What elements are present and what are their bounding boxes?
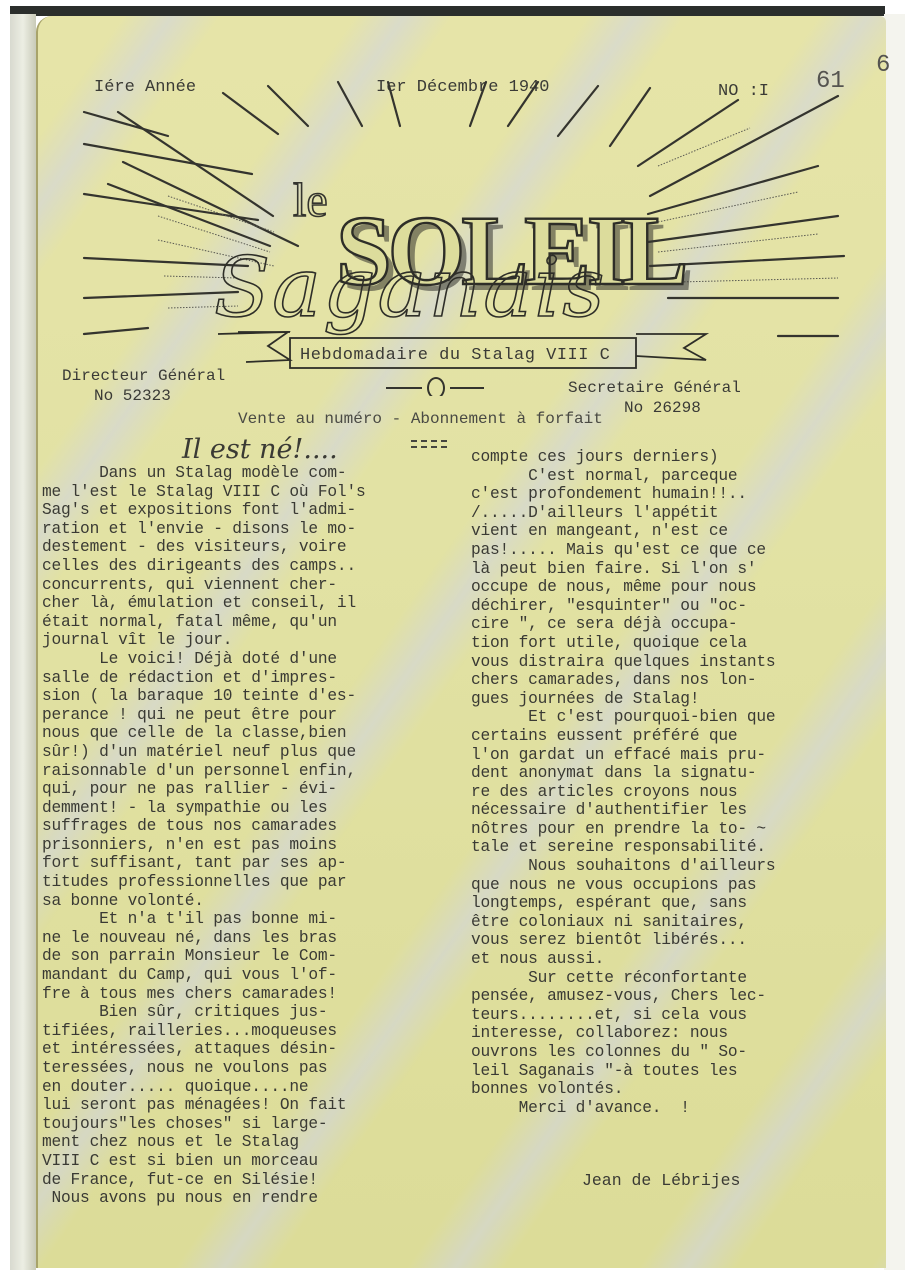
article-line: bonnes volontés. bbox=[471, 1080, 861, 1099]
article-line: vient en mangeant, n'est ce bbox=[471, 522, 861, 541]
article-line: titudes professionnelles que par bbox=[42, 873, 432, 892]
article-line: et intéressées, attaques désin- bbox=[42, 1040, 432, 1059]
newspaper-page: Iére Année Ier Décembre 1940 NO :I 61 bbox=[36, 16, 886, 1268]
article-line: suffrages de tous nos camarades bbox=[42, 817, 432, 836]
article-line: sa bonne volonté. bbox=[42, 892, 432, 911]
article-line: longtemps, espérant que, sans bbox=[471, 894, 861, 913]
article-line: prisonniers, n'en est pas moins bbox=[42, 836, 432, 855]
article-line: en douter..... quoique....ne bbox=[42, 1078, 432, 1097]
secretary-role: Secretaire Général bbox=[568, 378, 741, 398]
article-line: dent anonymat dans la signatu- bbox=[471, 764, 861, 783]
article-line: salle de rédaction et d'impres- bbox=[42, 669, 432, 688]
svg-text:Saganais: Saganais bbox=[214, 241, 606, 336]
article-line: ration et l'envie - disons le mo- bbox=[42, 520, 432, 539]
masthead-sunburst: le SOLEIL SOLEIL Saganais bbox=[38, 16, 886, 396]
article-line: Dans un Stalag modèle com- bbox=[42, 464, 432, 483]
article-line: C'est normal, parceque bbox=[471, 467, 861, 486]
title-separator bbox=[411, 440, 447, 448]
article-line: sûr!) d'un matériel neuf plus que bbox=[42, 743, 432, 762]
article-line: Bien sûr, critiques jus- bbox=[42, 1003, 432, 1022]
article-line: vous distraira quelques instants bbox=[471, 653, 861, 672]
archive-page-number-edge: 6 bbox=[876, 52, 890, 79]
article-line: nécessaire d'authentifier les bbox=[471, 801, 861, 820]
article-line: Merci d'avance. ! bbox=[471, 1099, 861, 1118]
article-line: nôtres pour en prendre la to- ~ bbox=[471, 820, 861, 839]
article-line: était normal, fatal même, qu'un bbox=[42, 613, 432, 632]
article-line: concurrents, qui viennent cher- bbox=[42, 576, 432, 595]
article-line: VIII C est si bien un morceau bbox=[42, 1152, 432, 1171]
article-line: Et n'a t'il pas bonne mi- bbox=[42, 910, 432, 929]
article-line: re des articles croyons nous bbox=[471, 783, 861, 802]
article-line: Sur cette réconfortante bbox=[471, 969, 861, 988]
article-line: pensée, amusez-vous, Chers lec- bbox=[471, 987, 861, 1006]
article-line: que nous ne vous occupions pas bbox=[471, 876, 861, 895]
director-role: Directeur Général bbox=[62, 366, 225, 386]
article-line: de son parrain Monsieur le Com- bbox=[42, 947, 432, 966]
article-line: teurs........et, si cela vous bbox=[471, 1006, 861, 1025]
article-line: tale et sereine responsabilité. bbox=[471, 838, 861, 857]
article-line: compte ces jours derniers) bbox=[471, 448, 861, 467]
article-line: nous que celle de la classe,bien bbox=[42, 724, 432, 743]
article-title: Il est né!.... bbox=[182, 434, 338, 465]
article-line: l'on gardat un effacé mais pru- bbox=[471, 746, 861, 765]
article-signature: Jean de Lébrijes bbox=[582, 1171, 740, 1190]
scan-right-margin bbox=[884, 14, 905, 1270]
article-line: ment chez nous et le Stalag bbox=[42, 1133, 432, 1152]
article-line: /.....D'ailleurs l'appétit bbox=[471, 504, 861, 523]
article-line: sion ( la baraque 10 teinte d'es- bbox=[42, 687, 432, 706]
article-line: perance ! qui ne peut être pour bbox=[42, 706, 432, 725]
article-line: gues journées de Stalag! bbox=[471, 690, 861, 709]
article-left-column: Dans un Stalag modèle com-me l'est le St… bbox=[42, 464, 432, 1208]
masthead-subtitle: Hebdomadaire du Stalag VIII C bbox=[300, 346, 610, 365]
article-line: me l'est le Stalag VIII C où Fol's bbox=[42, 483, 432, 502]
svg-text:le: le bbox=[293, 174, 328, 227]
article-line: pas!..... Mais qu'est ce que ce bbox=[471, 541, 861, 560]
article-line: teressées, nous ne voulons pas bbox=[42, 1059, 432, 1078]
article-line: qui, pour ne pas rallier - évi- bbox=[42, 780, 432, 799]
article-line: c'est profondement humain!!.. bbox=[471, 485, 861, 504]
article-line: demment! - la sympathie ou les bbox=[42, 799, 432, 818]
sale-line: Vente au numéro - Abonnement à forfait bbox=[238, 410, 603, 428]
article-line: Nous souhaitons d'ailleurs bbox=[471, 857, 861, 876]
article-line: fre à tous mes chers camarades! bbox=[42, 985, 432, 1004]
article-line: interesse, collaborez: nous bbox=[471, 1024, 861, 1043]
article-line: cire ", ce sera déjà occupa- bbox=[471, 615, 861, 634]
article-line: ne le nouveau né, dans les bras bbox=[42, 929, 432, 948]
article-line: certains eussent préféré que bbox=[471, 727, 861, 746]
article-line: Et c'est pourquoi-bien que bbox=[471, 708, 861, 727]
article-line: tion fort utile, quoique cela bbox=[471, 634, 861, 653]
article-right-column: compte ces jours derniers) C'est normal,… bbox=[471, 448, 861, 1117]
article-line: leil Saganais "-à toutes les bbox=[471, 1062, 861, 1081]
article-line: être coloniaux ni sanitaires, bbox=[471, 913, 861, 932]
article-line: tifiées, railleries...moqueuses bbox=[42, 1022, 432, 1041]
article-line: journal vît le jour. bbox=[42, 631, 432, 650]
article-line: vous serez bientôt libérés... bbox=[471, 931, 861, 950]
article-line: occupe de nous, même pour nous bbox=[471, 578, 861, 597]
article-line: mandant du Camp, qui vous l'of- bbox=[42, 966, 432, 985]
article-line: Nous avons pu nous en rendre bbox=[42, 1189, 432, 1208]
article-line: lui seront pas ménagées! On fait bbox=[42, 1096, 432, 1115]
scan-top-shadow bbox=[10, 6, 885, 16]
article-line: là peut bien faire. Si l'on s' bbox=[471, 560, 861, 579]
article-line: chers camarades, dans nos lon- bbox=[471, 671, 861, 690]
article-line: destement - des visiteurs, voire bbox=[42, 538, 432, 557]
article-line: déchirer, "esquinter" ou "oc- bbox=[471, 597, 861, 616]
article-line: cher là, émulation et conseil, il bbox=[42, 594, 432, 613]
article-line: ouvrons les colonnes du " So- bbox=[471, 1043, 861, 1062]
article-line: Sag's et expositions font l'admi- bbox=[42, 501, 432, 520]
article-line: raisonnable d'un personnel enfin, bbox=[42, 762, 432, 781]
article-line: fort suffisant, tant par ses ap- bbox=[42, 854, 432, 873]
binder-edge bbox=[10, 14, 36, 1270]
director-number: No 52323 bbox=[62, 386, 225, 406]
article-line: Le voici! Déjà doté d'une bbox=[42, 650, 432, 669]
article-line: toujours"les choses" si large- bbox=[42, 1115, 432, 1134]
article-line: de France, fut-ce en Silésie! bbox=[42, 1171, 432, 1190]
director-block: Directeur Général No 52323 bbox=[62, 366, 225, 406]
article-line: celles des dirigeants des camps.. bbox=[42, 557, 432, 576]
article-line: et nous aussi. bbox=[471, 950, 861, 969]
